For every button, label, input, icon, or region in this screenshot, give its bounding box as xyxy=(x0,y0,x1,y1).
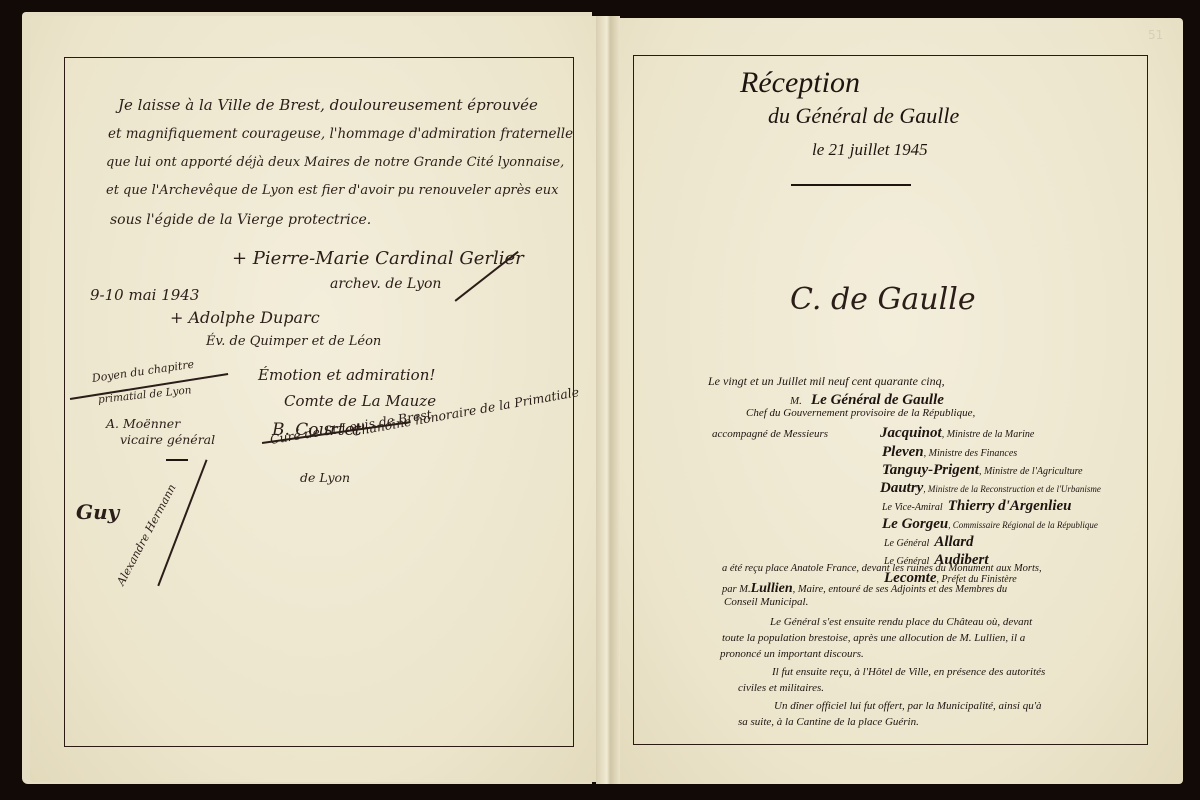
minister-name: Pleven xyxy=(882,444,924,460)
dash-mark xyxy=(166,459,188,461)
signature-cardinal: + Pierre-Marie Cardinal Gerlier xyxy=(232,248,524,269)
minister-name: Tanguy-Prigent xyxy=(882,462,979,478)
signature-bishop: + Adolphe Duparc xyxy=(170,308,320,327)
mayor-name: Lullien xyxy=(751,581,793,596)
bishop-title: Év. de Quimper et de Léon xyxy=(206,334,381,349)
note-emotion: Émotion et admiration! xyxy=(258,366,435,384)
minister-prefix: Le Général xyxy=(884,538,929,549)
letter-line: sous l'égide de la Vierge protectrice. xyxy=(110,212,371,228)
para1-line1: a été reçu place Anatole France, devant … xyxy=(722,563,1042,574)
body-intro: Le vingt et un Juillet mil neuf cent qua… xyxy=(708,374,945,389)
para2-line2: toute la population brestoise, après une… xyxy=(722,632,1025,644)
courtet-title: de Lyon xyxy=(300,470,350,485)
body-general-line: M. Le Général de Gaulle xyxy=(790,389,944,409)
minister-name: Jacquinot xyxy=(880,425,942,441)
para2-line3: prononcé un important discours. xyxy=(720,648,864,660)
minister-item: Le Gorgeu, Commissaire Régional de la Ré… xyxy=(882,513,1098,533)
minister-item: Dautry, Ministre de la Reconstruction et… xyxy=(880,477,1101,497)
minister-role: , Ministre de l'Agriculture xyxy=(979,466,1083,477)
para1-line3: Conseil Municipal. xyxy=(724,596,808,608)
general-prefix: M. xyxy=(790,395,802,407)
letter-line: Je laisse à la Ville de Brest, douloureu… xyxy=(118,96,538,114)
minister-item: Le Général Allard xyxy=(884,531,974,551)
title-line-1: Réception xyxy=(740,66,860,100)
letter-line: et que l'Archevêque de Lyon est fier d'a… xyxy=(106,183,559,198)
para3-line2: civiles et militaires. xyxy=(738,682,824,694)
title-divider xyxy=(791,184,911,186)
minister-name: Dautry xyxy=(880,480,923,496)
minister-role: , Ministre des Finances xyxy=(924,448,1018,459)
general-name: Le Général de Gaulle xyxy=(811,392,944,408)
letter-line: que lui ont apporté déjà deux Maires de … xyxy=(106,155,564,170)
signature-small: Guy xyxy=(76,500,119,524)
minister-name: Le Gorgeu xyxy=(882,516,948,532)
para4-line2: sa suite, à la Cantine de la place Guéri… xyxy=(738,716,919,728)
minister-role: , Ministre de la Reconstruction et de l'… xyxy=(923,484,1101,494)
minister-item: Tanguy-Prigent, Ministre de l'Agricultur… xyxy=(882,459,1083,479)
minister-role: , Ministre de la Marine xyxy=(942,429,1035,440)
para3-line1: Il fut ensuite reçu, à l'Hôtel de Ville,… xyxy=(772,666,1045,678)
body-accompagne: accompagné de Messieurs xyxy=(712,428,828,440)
signature-moenner: A. Moënner xyxy=(106,416,180,431)
date-note: 9-10 mai 1943 xyxy=(90,286,199,304)
minister-item: Jacquinot, Ministre de la Marine xyxy=(880,422,1034,442)
para1-text: , Maire, entouré de ses Adjoints et des … xyxy=(793,584,1008,595)
signature-comte: Comte de La Mauze xyxy=(284,392,436,410)
para2-line1: Le Général s'est ensuite rendu place du … xyxy=(770,616,1032,628)
minister-role: , Commissaire Régional de la République xyxy=(948,520,1098,530)
letter-line: et magnifiquement courageuse, l'hommage … xyxy=(108,126,573,142)
minister-name: Allard xyxy=(934,534,973,550)
book-gutter xyxy=(596,16,620,784)
cardinal-title: archev. de Lyon xyxy=(330,276,441,292)
minister-item: Le Vice-Amiral Thierry d'Argenlieu xyxy=(882,495,1072,515)
page-number: 51 xyxy=(1148,28,1163,42)
para1-text: par M. xyxy=(722,584,751,595)
title-line-2: du Général de Gaulle xyxy=(768,103,959,129)
minister-prefix: Le Vice-Amiral xyxy=(882,502,943,513)
title-line-3: le 21 juillet 1945 xyxy=(812,140,928,160)
body-chef: Chef du Gouvernement provisoire de la Ré… xyxy=(746,407,975,419)
minister-item: Pleven, Ministre des Finances xyxy=(882,441,1017,461)
para1-line2: par M.Lullien, Maire, entouré de ses Adj… xyxy=(722,577,1007,597)
signature-de-gaulle: C. de Gaulle xyxy=(790,282,976,317)
para4-line1: Un dîner officiel lui fut offert, par la… xyxy=(774,700,1042,712)
moenner-title: vicaire général xyxy=(120,432,215,447)
minister-name: Thierry d'Argenlieu xyxy=(948,498,1072,514)
